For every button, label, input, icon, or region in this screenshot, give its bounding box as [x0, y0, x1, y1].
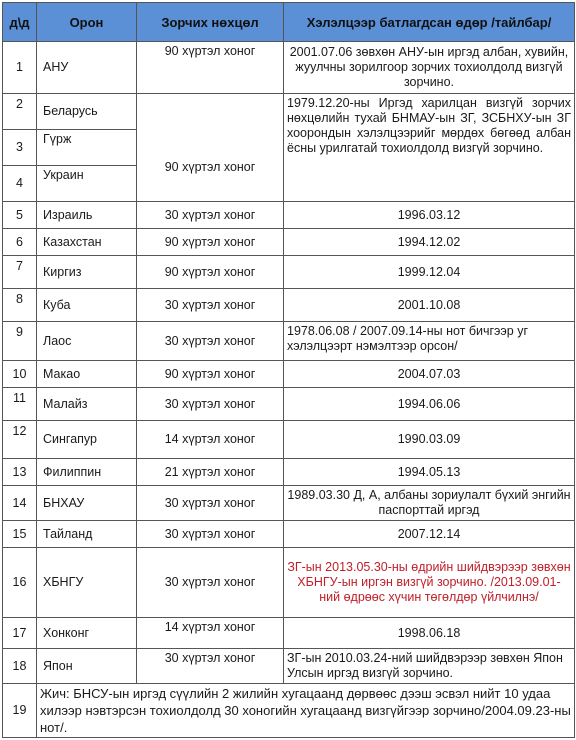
row-country: Хонконг [37, 618, 137, 649]
row-note: 1994.12.02 [284, 229, 575, 256]
row-note: 2001.07.06 зөвхөн АНУ-ын иргэд албан, ху… [284, 42, 575, 94]
row-note: 1994.05.13 [284, 459, 575, 486]
row-country: Малайз [37, 388, 137, 421]
row-note: 1996.03.12 [284, 202, 575, 229]
row-country: Куба [37, 289, 137, 322]
row-condition: 30 хүртэл хоног [137, 322, 284, 361]
row-note: 1998.06.18 [284, 618, 575, 649]
row-country: Казахстан [37, 229, 137, 256]
row-country: Гүрж [37, 130, 137, 166]
row-condition: 30 хүртэл хоног [137, 289, 284, 322]
header-note: Хэлэлцээр батлагдсан өдөр /тайлбар/ [284, 3, 575, 42]
row-country: Беларусь [37, 94, 137, 130]
row-num: 7 [3, 256, 37, 289]
row-num: 16 [3, 548, 37, 618]
header-country: Орон [37, 3, 137, 42]
row-note: 2007.12.14 [284, 521, 575, 548]
table-row: 6 Казахстан 90 хүртэл хоног 1994.12.02 [3, 229, 575, 256]
header-condition: Зорчих нөхцөл [137, 3, 284, 42]
row-condition: 14 хүртэл хоног [137, 421, 284, 459]
row-condition: 90 хүртэл хоног [137, 256, 284, 289]
row-num: 19 [3, 684, 37, 738]
row-note: 1989.03.30 Д, А, албаны зориулалт бүхий … [284, 486, 575, 521]
table-row: 18 Япон 30 хүртэл хоног ЗГ-ын 2010.03.24… [3, 649, 575, 684]
row-country: ХБНГУ [37, 548, 137, 618]
row-note: 1979.12.20-ны Иргэд харилцан визгүй зорч… [284, 94, 575, 202]
row-country: Киргиз [37, 256, 137, 289]
row-num: 4 [3, 166, 37, 202]
row-num: 17 [3, 618, 37, 649]
row-country: БНХАУ [37, 486, 137, 521]
row-note: 1999.12.04 [284, 256, 575, 289]
row-condition: 30 хүртэл хоног [137, 486, 284, 521]
row-num: 3 [3, 130, 37, 166]
table-row: 1 АНУ 90 хүртэл хоног 2001.07.06 зөвхөн … [3, 42, 575, 94]
row-condition: 90 хүртэл хоног [137, 94, 284, 202]
row-condition: 30 хүртэл хоног [137, 202, 284, 229]
row-note: 2004.07.03 [284, 361, 575, 388]
row-num: 12 [3, 421, 37, 459]
row-condition: 90 хүртэл хоног [137, 229, 284, 256]
row-condition: 30 хүртэл хоног [137, 548, 284, 618]
footnote-note: Жич: БНСУ-ын иргэд сүүлийн 2 жилийн хуга… [37, 684, 575, 738]
row-condition: 14 хүртэл хоног [137, 618, 284, 649]
table-row: 2 Беларусь 90 хүртэл хоног 1979.12.20-ны… [3, 94, 575, 130]
row-condition: 21 хүртэл хоног [137, 459, 284, 486]
table-row: 17 Хонконг 14 хүртэл хоног 1998.06.18 [3, 618, 575, 649]
row-note: 2001.10.08 [284, 289, 575, 322]
row-country: Япон [37, 649, 137, 684]
table-row: 5 Израиль 30 хүртэл хоног 1996.03.12 [3, 202, 575, 229]
row-condition: 90 хүртэл хоног [137, 361, 284, 388]
table-row: 9 Лаос 30 хүртэл хоног 1978.06.08 / 2007… [3, 322, 575, 361]
table-row: 19 Жич: БНСУ-ын иргэд сүүлийн 2 жилийн х… [3, 684, 575, 738]
row-country: Макао [37, 361, 137, 388]
row-note: 1978.06.08 / 2007.09.14-ны нот бичгээр у… [284, 322, 575, 361]
row-condition: 30 хүртэл хоног [137, 388, 284, 421]
row-num: 11 [3, 388, 37, 421]
row-num: 18 [3, 649, 37, 684]
row-num: 10 [3, 361, 37, 388]
header-num: д\д [3, 3, 37, 42]
table-row: 7 Киргиз 90 хүртэл хоног 1999.12.04 [3, 256, 575, 289]
row-country: Тайланд [37, 521, 137, 548]
row-country: Израиль [37, 202, 137, 229]
row-note: 1990.03.09 [284, 421, 575, 459]
row-num: 8 [3, 289, 37, 322]
header-row: д\д Орон Зорчих нөхцөл Хэлэлцээр батлагд… [3, 3, 575, 42]
row-country: АНУ [37, 42, 137, 94]
table-row: 14 БНХАУ 30 хүртэл хоног 1989.03.30 Д, А… [3, 486, 575, 521]
row-note: 1994.06.06 [284, 388, 575, 421]
row-country: Украин [37, 166, 137, 202]
table-row: 10 Макао 90 хүртэл хоног 2004.07.03 [3, 361, 575, 388]
row-condition: 30 хүртэл хоног [137, 521, 284, 548]
table-row: 13 Филиппин 21 хүртэл хоног 1994.05.13 [3, 459, 575, 486]
table-row: 8 Куба 30 хүртэл хоног 2001.10.08 [3, 289, 575, 322]
row-country: Лаос [37, 322, 137, 361]
table-row: 15 Тайланд 30 хүртэл хоног 2007.12.14 [3, 521, 575, 548]
row-num: 1 [3, 42, 37, 94]
row-num: 15 [3, 521, 37, 548]
row-note-highlight: ЗГ-ын 2013.05.30-ны өдрийн шийдвэрээр зө… [284, 548, 575, 618]
row-num: 14 [3, 486, 37, 521]
table-row: 16 ХБНГУ 30 хүртэл хоног ЗГ-ын 2013.05.3… [3, 548, 575, 618]
row-condition: 30 хүртэл хоног [137, 649, 284, 684]
visa-free-countries-table: д\д Орон Зорчих нөхцөл Хэлэлцээр батлагд… [2, 2, 575, 738]
table-row: 11 Малайз 30 хүртэл хоног 1994.06.06 [3, 388, 575, 421]
row-num: 5 [3, 202, 37, 229]
row-country: Филиппин [37, 459, 137, 486]
row-num: 13 [3, 459, 37, 486]
table-row: 12 Сингапур 14 хүртэл хоног 1990.03.09 [3, 421, 575, 459]
row-num: 9 [3, 322, 37, 361]
row-num: 6 [3, 229, 37, 256]
row-note: ЗГ-ын 2010.03.24-ний шийдвэрээр зөвхөн Я… [284, 649, 575, 684]
row-condition: 90 хүртэл хоног [137, 42, 284, 94]
row-num: 2 [3, 94, 37, 130]
row-country: Сингапур [37, 421, 137, 459]
